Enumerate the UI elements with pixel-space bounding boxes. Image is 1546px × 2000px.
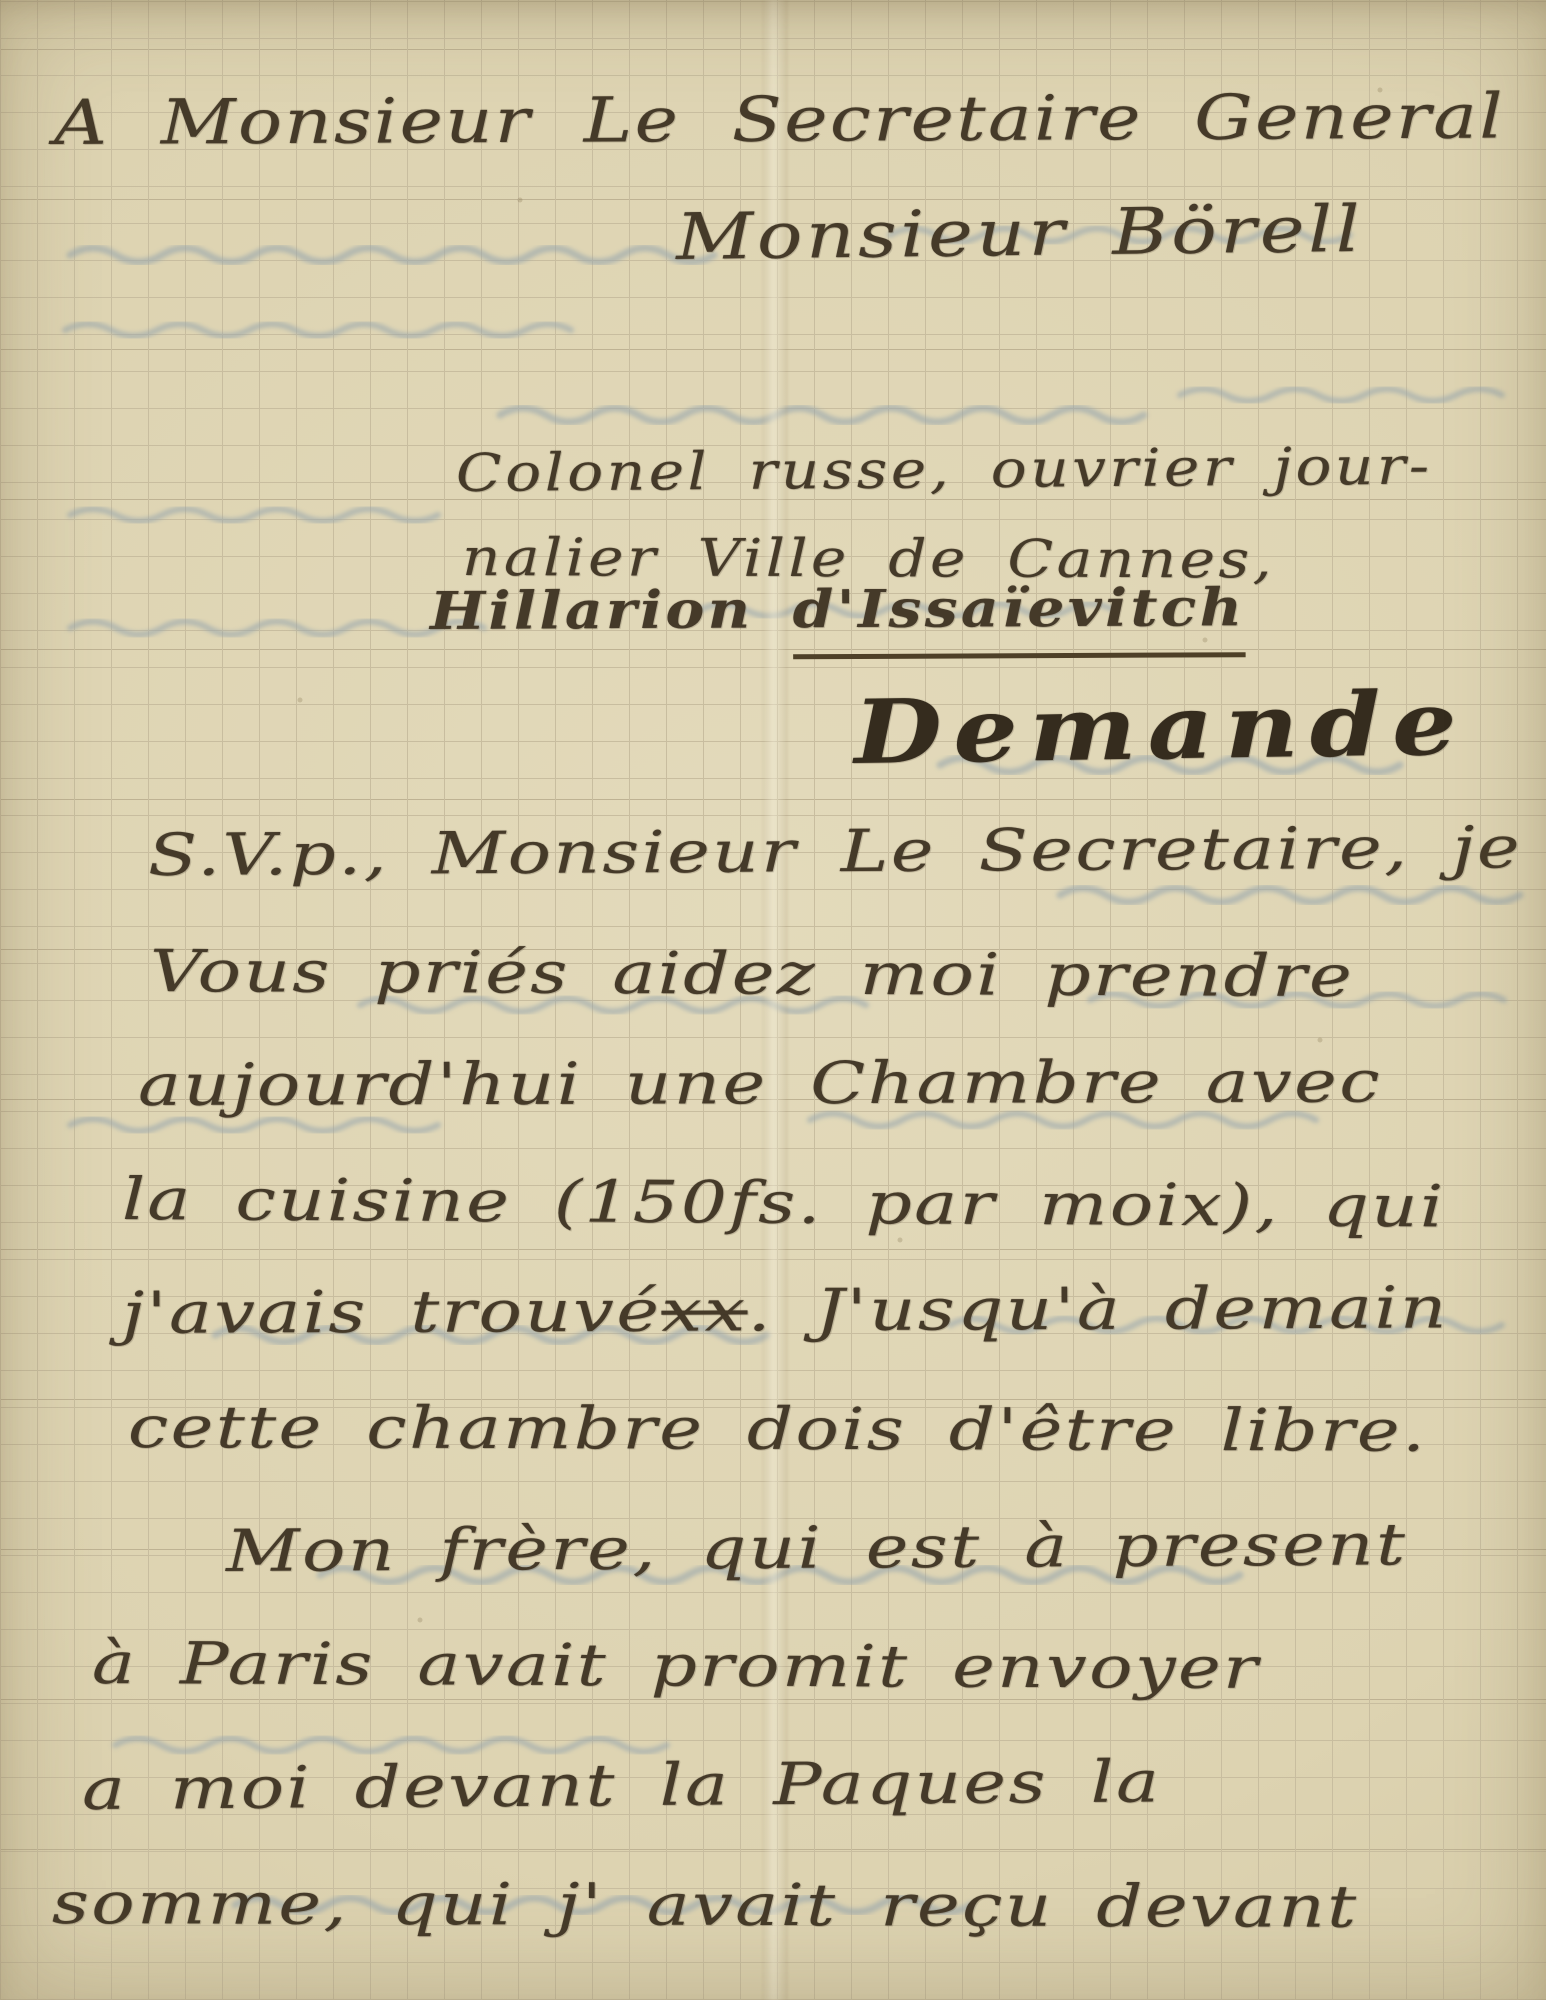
body-line-1: S.V.p., Monsieur Le Secretaire, je xyxy=(148,818,1522,884)
body-line-5: j'avais trouvéxx. J'usqu'à demain xyxy=(122,1278,1449,1342)
salutation-line-1: A Monsieur Le Secretaire General xyxy=(54,86,1505,154)
salutation-line-2: Monsieur Börell xyxy=(675,198,1363,270)
sender-line-1: Colonel russe, ouvrier jour- xyxy=(456,441,1433,500)
crossed-out-text: xx xyxy=(661,1276,748,1344)
body-line-9: a moi devant la Paques la xyxy=(82,1752,1162,1818)
body-line-5-suffix: . J'usqu'à demain xyxy=(747,1273,1449,1344)
sender-name-prefix: Hillarion xyxy=(430,579,793,642)
letter-page: A Monsieur Le Secretaire General Monsieu… xyxy=(0,0,1546,2000)
body-line-5-prefix: j'avais trouvé xyxy=(122,1277,662,1347)
body-line-4: la cuisine (150fs. par moix), qui xyxy=(122,1170,1446,1235)
heading-demande: Demande xyxy=(853,679,1469,776)
body-line-8: à Paris avait promit envoyer xyxy=(92,1634,1260,1697)
body-line-7: Mon frère, qui est à present xyxy=(226,1515,1408,1580)
sender-name-underlined: d'Issaïevitch xyxy=(793,577,1246,659)
body-line-6: cette chambre dois d'être libre. xyxy=(128,1398,1428,1460)
sender-line-3: Hillarion d'Issaïevitch xyxy=(430,582,1246,638)
body-line-3: aujourd'hui une Chambre avec xyxy=(138,1052,1382,1114)
body-line-2: Vous priés aidez moi prendre xyxy=(150,942,1355,1005)
body-line-10: somme, qui j' avait reçu devant xyxy=(52,1874,1359,1936)
